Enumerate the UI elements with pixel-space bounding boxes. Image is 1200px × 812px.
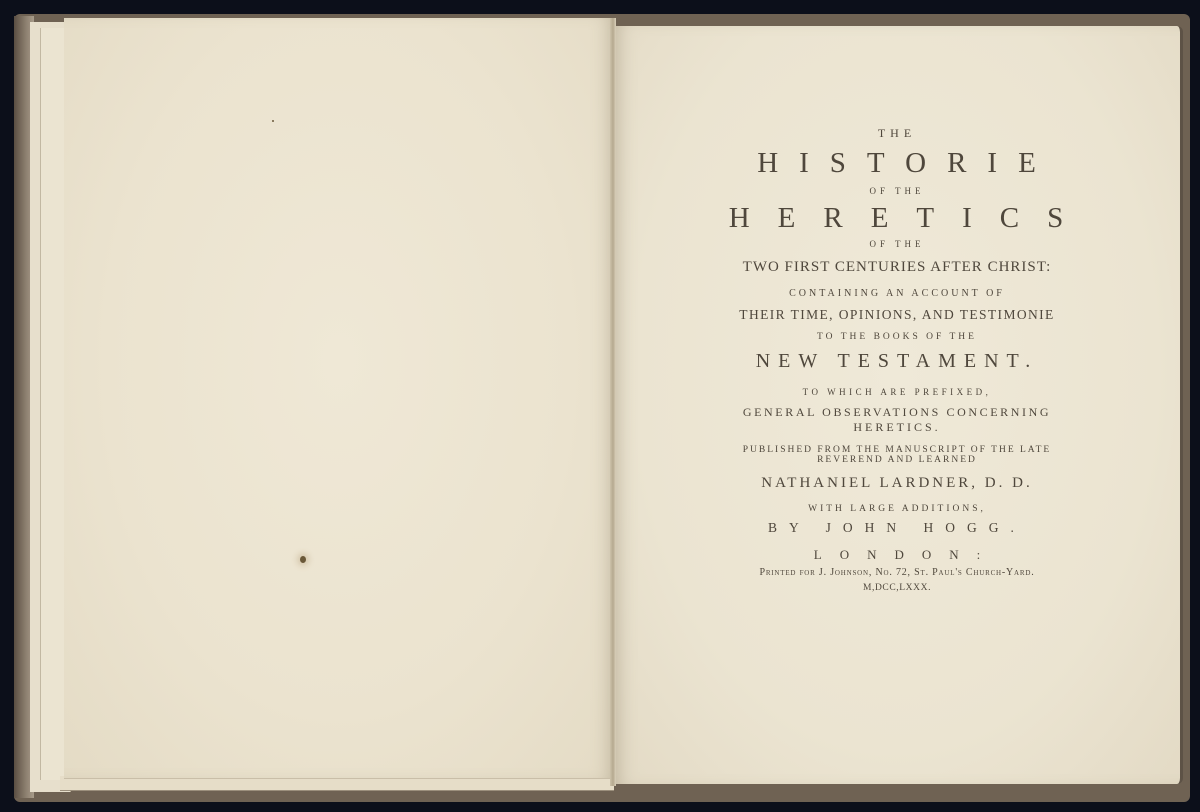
title-prefixed: TO WHICH ARE PREFIXED, <box>614 387 1180 397</box>
title-by-editor: BY JOHN HOGG. <box>614 520 1180 536</box>
title-author: NATHANIEL LARDNER, D. D. <box>614 475 1180 492</box>
left-page-blank <box>64 18 614 779</box>
title-new-testament: NEW TESTAMENT. <box>614 350 1180 373</box>
title-their-time: THEIR TIME, OPINIONS, AND TESTIMONIE <box>614 307 1180 323</box>
title-london: LONDON: <box>614 547 1180 563</box>
title-historie: HISTORIE <box>614 147 1180 180</box>
title-year: M,DCC,LXXX. <box>614 583 1180 593</box>
title-of-the-1: OF THE <box>614 186 1180 196</box>
title-heretics-2: HERETICS. <box>614 420 1180 435</box>
title-page-text: THE HISTORIE OF THE HERETICS OF THE TWO … <box>614 120 1180 593</box>
title-heretics: HERETICS <box>614 202 1180 235</box>
title-additions: WITH LARGE ADDITIONS, <box>614 504 1180 514</box>
title-to-the-books: TO THE BOOKS OF THE <box>614 332 1180 342</box>
title-general-observations: GENERAL OBSERVATIONS CONCERNING <box>614 405 1180 420</box>
title-printer: Printed for J. Johnson, No. 72, St. Paul… <box>614 567 1180 578</box>
title-published: PUBLISHED FROM THE MANUSCRIPT OF THE LAT… <box>614 445 1180 455</box>
title-two-centuries: TWO FIRST CENTURIES AFTER CHRIST: <box>614 259 1180 276</box>
foxing-speck <box>272 120 274 122</box>
foxing-spot <box>300 556 306 563</box>
title-of-the-2: OF THE <box>614 239 1180 249</box>
title-containing: CONTAINING AN ACCOUNT OF <box>614 288 1180 299</box>
title-the: THE <box>614 126 1180 141</box>
title-reverend: REVEREND AND LEARNED <box>614 455 1180 465</box>
